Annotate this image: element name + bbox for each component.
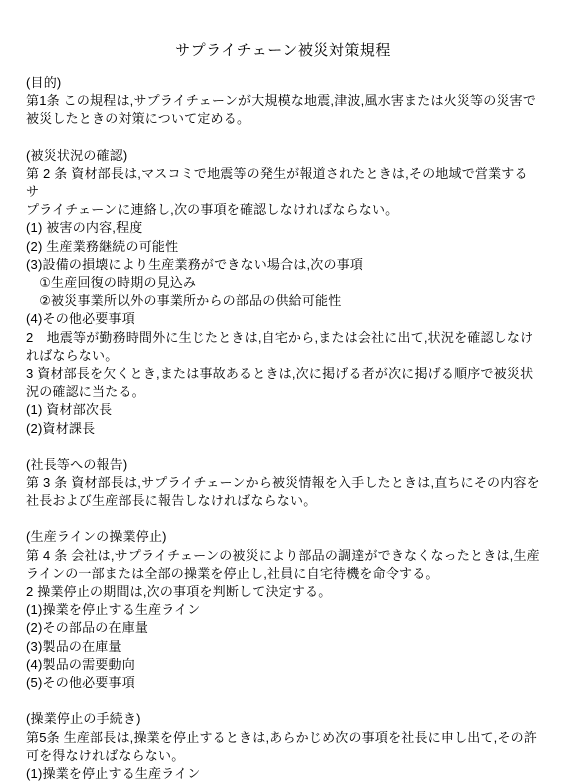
document-title: サプライチェーン被災対策規程 <box>26 42 540 60</box>
list-item: (1) 被害の内容,程度 <box>26 219 540 237</box>
list-item: (1)操業を停止する生産ライン <box>26 601 540 619</box>
list-item: (5)その他必要事項 <box>26 674 540 692</box>
section-damage-status-confirmation: (被災状況の確認) 第 2 条 資材部長は,マスコミで地震等の発生が報道されたと… <box>26 147 540 438</box>
section-heading: (生産ラインの操業停止) <box>26 528 540 546</box>
list-item: (1)操業を停止する生産ライン <box>26 765 540 783</box>
clause-3-paragraph: 3 資材部長を欠くとき,または事故あるときは,次に掲げる者が次に掲げる順序で被災… <box>26 365 540 401</box>
section-heading: (被災状況の確認) <box>26 147 540 165</box>
sub-list-item: ②被災事業所以外の事業所からの部品の供給可能性 <box>26 292 540 310</box>
article-4-paragraph: 第 4 条 会社は,サプライチェーンの被災により部品の調達ができなくなったときは… <box>26 547 540 583</box>
clause-2-paragraph: 2 地震等が勤務時間外に生じたときは,自宅から,または会社に出て,状況を確認しな… <box>26 329 540 365</box>
article-1-paragraph: 第1条 この規程は,サプライチェーンが大規模な地震,津波,風水害または火災等の災… <box>26 92 540 128</box>
article-3-paragraph: 第 3 条 資材部長は,サプライチェーンから被災情報を入手したときは,直ちにその… <box>26 474 540 510</box>
article-2-paragraph: 第 2 条 資材部長は,マスコミで地震等の発生が報道されたときは,その地域で営業… <box>26 165 540 220</box>
list-item: (2)資材課長 <box>26 420 540 438</box>
section-heading: (目的) <box>26 74 540 92</box>
sub-list-item: ①生産回復の時期の見込み <box>26 274 540 292</box>
list-item: (3)設備の損壊により生産業務ができない場合は,次の事項 <box>26 256 540 274</box>
section-purpose: (目的) 第1条 この規程は,サプライチェーンが大規模な地震,津波,風水害または… <box>26 74 540 129</box>
section-heading: (操業停止の手続き) <box>26 710 540 728</box>
clause-2-paragraph: 2 操業停止の期間は,次の事項を判断して決定する。 <box>26 583 540 601</box>
section-production-line-stop: (生産ラインの操業停止) 第 4 条 会社は,サプライチェーンの被災により部品の… <box>26 528 540 692</box>
article-5-paragraph: 第5条 生産部長は,操業を停止するときは,あらかじめ次の事項を社長に申し出て,そ… <box>26 729 540 765</box>
list-item: (4)製品の需要動向 <box>26 656 540 674</box>
list-item: (2)その部品の在庫量 <box>26 619 540 637</box>
list-item: (3)製品の在庫量 <box>26 638 540 656</box>
section-heading: (社長等への報告) <box>26 456 540 474</box>
list-item: (2) 生産業務継続の可能性 <box>26 238 540 256</box>
section-report-to-president: (社長等への報告) 第 3 条 資材部長は,サプライチェーンから被災情報を入手し… <box>26 456 540 511</box>
list-item: (1) 資材部次長 <box>26 401 540 419</box>
document-page: サプライチェーン被災対策規程 (目的) 第1条 この規程は,サプライチェーンが大… <box>0 0 562 784</box>
section-stop-procedure: (操業停止の手続き) 第5条 生産部長は,操業を停止するときは,あらかじめ次の事… <box>26 710 540 783</box>
list-item: (4)その他必要事項 <box>26 310 540 328</box>
